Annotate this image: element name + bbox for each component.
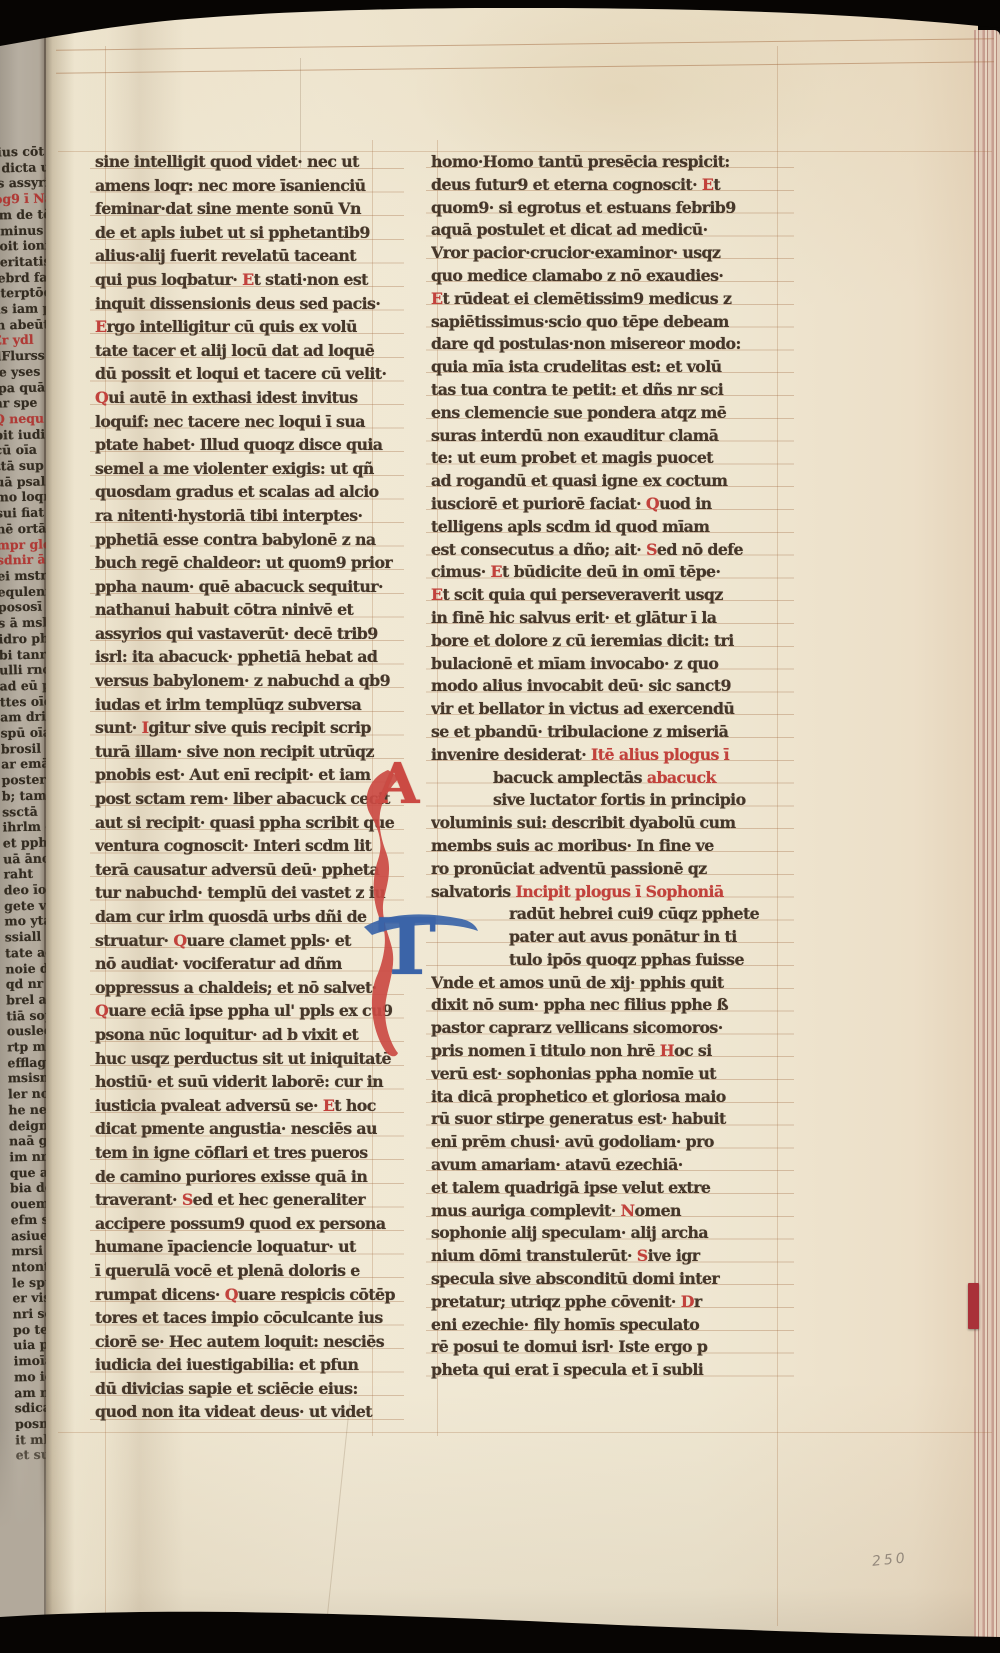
text-line: Et rūdeat ei clemētissim9 medicus z [431,288,783,311]
text-line: tas tua contra te petit: et dñs nr sci [431,379,783,402]
facing-text-line: ntont [12,1258,46,1275]
text-line: buch regē chaldeor: ut quom9 prior [95,551,395,575]
text-line: semel a me violenter exigis: ut qñ [95,457,395,481]
text-line: ciorē se· Hec autem loquit: nesciēs [95,1330,395,1354]
text-line: tulo ipōs quoqz pphas fuisse [431,949,783,972]
facing-text-line: tate ac [5,944,46,961]
text-line: ro pronūciat adventū passionē qz [431,858,783,881]
text-line: ad rogandū et quasi igne ex coctum [431,470,783,493]
facing-text-line: m abeūt [0,316,38,333]
text-line: eni ezechie· fily homīs speculato [431,1314,783,1337]
facing-page-blank-edge [0,1426,46,1626]
facing-text-line: naā gra [9,1133,46,1150]
text-line: invenire desiderat· Itē alius plogus ī [431,744,783,767]
text-line: dixit nō sum· ppha nec filius pphe ß [431,994,783,1017]
facing-text-line: ueritatis [0,254,37,271]
text-line: hostiū· et suū viderit laborē: cur in [95,1070,395,1094]
facing-text-line: msisne [8,1070,46,1087]
text-line: isrl: ita abacuck· pphetiā hebat ad [95,645,395,669]
text-line: accipere possum9 quod ex persona [95,1212,395,1236]
text-line: deus futur9 et eterna cognoscit· Et [431,174,783,197]
facing-text-line: uā psal [0,473,41,490]
text-line: aquā postulet et dicat ad medicū· [431,219,783,242]
facing-text-line: sdnir āqz [0,552,43,569]
facing-text-line: pososī [0,599,44,616]
text-line: Et scit quia qui perseveraverit usqz [431,584,783,607]
text-line: quia mīa ista crudelitas est: et volū [431,356,783,379]
facing-text-line: Er ydl [0,332,38,349]
text-line: Vror pacior·crucior·examinor· usqz [431,242,783,265]
left-text-column: sine intelligit quod videt· nec utamens … [95,150,395,1428]
text-line: te: ut eum probet et magis puocet [431,447,783,470]
facing-text-line: nri scīa [13,1305,46,1322]
text-line: iudicia dei iuestigabilia: et pfun [95,1353,395,1377]
text-line: iudas et irlm templūqz subversa [95,693,395,717]
text-line: pphetiā esse contra babylonē z na [95,528,395,552]
facing-text-line: dius cōt [0,144,35,161]
facing-text-line: ei mstr [0,568,43,585]
text-line: salvatoris Incipit plogus ī Sophoniā [431,881,783,904]
facing-text-line: us iam p [0,301,38,318]
text-line: Qui autē in exthasi idest invitus [95,386,395,410]
facing-text-line: s ā msl [0,615,44,632]
text-line: Vnde et amos unū de xij· pphis quit [431,972,783,995]
facing-text-line: log9 ī Nau [0,191,35,208]
text-line: sive luctator fortis in principio [431,789,783,812]
text-line: loquif: nec tacere nec loqui ī sua [95,410,395,434]
text-line: vir et bellator in victus ad exercendū [431,698,783,721]
text-line: ī querulā vocē et plenā doloris e [95,1259,395,1283]
text-line: pastor caprarz vellicans sicomoros· [431,1017,783,1040]
facing-text-line: mo loqr [0,489,42,506]
facing-page-edge: dius cōto dicta uōos assyrilog9 ī Nauum … [0,26,46,1626]
text-line: ppha naum· quē abacuck sequitur· [95,575,395,599]
facing-text-line: le spū [12,1274,46,1291]
facing-text-line: ar emāt [1,756,46,773]
facing-text-line: efm sal [11,1211,46,1228]
facing-text-line: ssiall [5,929,46,946]
text-line: suras interdū non exauditur clamā [431,425,783,448]
facing-text-line: nē ortā [0,520,42,537]
facing-text-line: he necu [8,1101,46,1118]
text-line: quosdam gradus et scalas ad alcio [95,480,395,504]
text-line: voluminis sui: describit dyabolū cum [431,812,783,835]
facing-text-line: ouslee [7,1023,46,1040]
facing-text-line: o dicta uō [0,159,35,176]
facing-text-line: ler nota [8,1086,46,1103]
text-line: amens loqr: nec more īsanienciū [95,174,395,198]
text-line: ens clemencie sue pondera atqz mē [431,402,783,425]
text-line: terā causatur adversū deū· ppheta [95,858,395,882]
text-line: traverant· Sed et hec generaliter [95,1188,395,1212]
facing-text-line: mrsi [11,1243,46,1260]
text-line: bore et dolore z cū ieremias dicit: tri [431,630,783,653]
text-line: dū divicias sapie et sciēcie eius: [95,1377,395,1401]
facing-text-line: er visio [12,1290,46,1307]
text-line: nō audiat· vociferatur ad dñm [95,952,395,976]
facing-text-line: po tewr [13,1321,46,1338]
text-line: specula sive absconditū domi inter [431,1268,783,1291]
text-line: pris nomen ī titulo non hrē Hoc si [431,1040,783,1063]
text-line: dam cur irlm quosdā urbs dñi de [95,905,395,929]
facing-text-line: ssctā [2,803,46,820]
facing-text-line: t minus d [0,222,36,239]
facing-text-line: gete vō [4,897,46,914]
facing-text-line: spū oīa [0,725,46,742]
text-line: versus babylonem· z nabuchd a qb9 [95,669,395,693]
facing-text-line: bi tanr [0,646,45,663]
text-line: feminar·dat sine mente sonū Vn [95,197,395,221]
text-line: radūt hebrei cui9 cūqz pphete [431,903,783,926]
text-line: pretatur; utriqz pphe cōvenit· Dr [431,1291,783,1314]
facing-text-line: posteri [1,772,46,789]
facing-text-line: tiā sophī [6,1007,46,1024]
facing-text-line: noit ioniū [0,238,36,255]
facing-text-line: bia defe [10,1180,46,1197]
text-line: ita dicā prophetico et gloriosa maio [431,1086,783,1109]
facing-text-line: am nana [14,1384,46,1401]
facing-text-line: et pph [3,834,46,851]
facing-text-line: idro pht [0,630,45,647]
facing-text-line: um de tē [0,206,36,223]
facing-text-line: ipa quā [0,379,39,396]
text-line: rē posui te domui isrl· Iste ergo p [431,1336,783,1359]
facing-text-line: imoīa [14,1353,46,1370]
facing-text-line: im nr [9,1148,46,1165]
text-line: iusciorē et puriorē faciat· Quod in [431,493,783,516]
text-line: ra nitenti·hystoriā tibi interptes· [95,504,395,528]
facing-text-line: qd nr [6,976,46,993]
text-line: et talem quadrigā ipse velut extre [431,1177,783,1200]
text-line: quo medice clamabo z nō exaudies· [431,265,783,288]
facing-text-line: rebrd faū [0,269,37,286]
facing-text-line: asiue [11,1227,46,1244]
facing-text-line: os assyri [0,175,35,192]
facing-text-line: uia ppb [13,1337,46,1354]
text-line: oppressus a chaldeis; et nō salvet· [95,976,395,1000]
text-line: in finē hic salvus erit· et glātur ī la [431,607,783,630]
text-line: telligens apls scdm id quod mīam [431,516,783,539]
text-line: cimus· Et būdicite deū in omī tēpe· [431,561,783,584]
text-line: de camino puriores exisse quā in [95,1165,395,1189]
text-line: inquit dissensionis deus sed pacis· [95,292,395,316]
facing-text-line: brel a [6,991,46,1008]
facing-text-line: rtp ms [7,1039,46,1056]
facing-text-line: nr spe [0,395,40,412]
facing-text-line: deignr [9,1117,46,1134]
facing-text-line: uā āno [3,850,46,867]
text-line: turā illam· sive non recipit utrūqz [95,740,395,764]
text-line: membs suis ac moribus· In fine ve [431,835,783,858]
text-line: modo alius invocabit deū· sic sanct9 [431,675,783,698]
text-line: nium dōmi transtulerūt· Sive igr [431,1245,783,1268]
text-line: tur nabuchd· templū dei vastet z iu [95,881,395,905]
text-line: sine intelligit quod videt· nec ut [95,150,395,174]
text-line: pater aut avus ponātur in ti [431,926,783,949]
facing-text-line: ihrlm c [2,819,46,836]
text-line: dicat pmente angustia· nesciēs au [95,1117,395,1141]
text-line: huc usqz perductus sit ut iniquitatē [95,1047,395,1071]
text-line: bulacionē et mīam invocabo· z quo [431,653,783,676]
text-line: alius·alij fuerit revelatū taceant [95,244,395,268]
facing-text-line: ad eū pi [0,677,46,694]
facing-text-line: ttes oīo [0,693,46,710]
text-line: tate tacer et alij locū dat ad loquē [95,339,395,363]
facing-text-line: bit iudi [0,426,40,443]
text-line: dū possit et loqui et tacere cū velit· [95,362,395,386]
text-line: dare qd postulas·non misereor modo: [431,333,783,356]
facing-text-line: efflagit [7,1054,46,1071]
text-line: verū est· sophonias ppha nomīe ut [431,1063,783,1086]
facing-text-line: am dri [0,709,46,726]
facing-text-line: equlenr [0,583,44,600]
text-line: Quare eciā ipse ppha ul' ppls ex cu9 [95,999,395,1023]
facing-text-line: uterptōe [0,285,37,302]
facing-text-line: mpr glo [0,536,43,553]
text-line: pheta qui erat ī specula et ī subli [431,1359,783,1382]
facing-page-text-fragments: dius cōto dicta uōos assyrilog9 ī Nauum … [0,144,46,1464]
text-line: humane īpaciencie loquatur· ut [95,1235,395,1259]
text-line: quom9· si egrotus et estuans febrib9 [431,197,783,220]
text-line: mus auriga complevit· Nomen [431,1200,783,1223]
facing-text-line: sdicat [15,1400,46,1417]
facing-text-line: Q nequ [0,411,40,428]
facing-text-line: que ad [10,1164,46,1181]
text-line: psona nūc loquitur· ad b vixit et [95,1023,395,1047]
text-line: est consecutus a dño; ait· Sed nō defe [431,539,783,562]
facing-text-line: b; tamo [2,787,46,804]
text-line: tem in igne cōflari et tres pueros [95,1141,395,1165]
facing-text-line: brosil [1,740,46,757]
facing-text-line: noie de [5,960,46,977]
fore-edge-page-stack [974,30,1000,1642]
facing-text-line: te yses [0,363,39,380]
facing-text-line: deo īo [4,882,46,899]
text-line: qui pus loqbatur· Et stati·non est [95,268,395,292]
text-line: enī prēm chusi· avū godoliam· pro [431,1131,783,1154]
text-line: homo·Homo tantū presēcia respicit: [431,151,783,174]
facing-text-line: sui fiat [0,505,42,522]
text-line: sapiētissimus·scio quo tēpe debeam [431,311,783,334]
text-line: nathanui habuit cōtra ninivē et [95,598,395,622]
facing-text-line: raht [3,866,46,883]
text-line: Ergo intelligitur cū quis ex volū [95,315,395,339]
text-line: rū suor stirpe generatus est· habuit [431,1108,783,1131]
facing-text-line: dFlurss [0,348,39,365]
text-line: iusticia pvaleat adversū se· Et hoc [95,1094,395,1118]
facing-text-line: mo ionas [14,1368,46,1385]
fore-edge-tab [968,1283,979,1329]
text-line: sunt· Igitur sive quis recipit scrip [95,716,395,740]
text-line: bacuck amplectās abacuck [431,767,783,790]
text-line: struatur· Quare clamet ppls· et [95,929,395,953]
text-line: rumpat dicens· Quare respicis cōtēp [95,1283,395,1307]
text-line: tores et taces impio cōculcante ius [95,1306,395,1330]
facing-text-line: ttā sup [0,458,41,475]
text-line: de et apls iubet ut si pphetantib9 [95,221,395,245]
facing-text-line: ouemr [10,1196,46,1213]
right-text-column: homo·Homo tantū presēcia respicit:deus f… [431,151,783,1387]
text-line: assyrios qui vastaverūt· decē trib9 [95,622,395,646]
text-line: pnobis est· Aut enī recipit· et iam [95,763,395,787]
facing-text-line: ulli rno [0,662,45,679]
text-line: se et pbandū· tribulacione z miseriā [431,721,783,744]
facing-text-line: mo ytal [4,913,46,930]
text-line: ptate habet· Illud quoqz disce quia [95,433,395,457]
text-line: ventura cognoscit· Interi scdm lit [95,834,395,858]
text-line: sophonie alij speculam· alij archa [431,1222,783,1245]
text-line: quod non ita videat deus· ut videt [95,1400,395,1424]
text-line: avum amariam· atavū ezechiā· [431,1154,783,1177]
facing-text-line: cū oīa [0,442,41,459]
text-line: aut si recipit· quasi ppha scribit que [95,811,395,835]
text-line: post sctam rem· liber abacuck cecit [95,787,395,811]
